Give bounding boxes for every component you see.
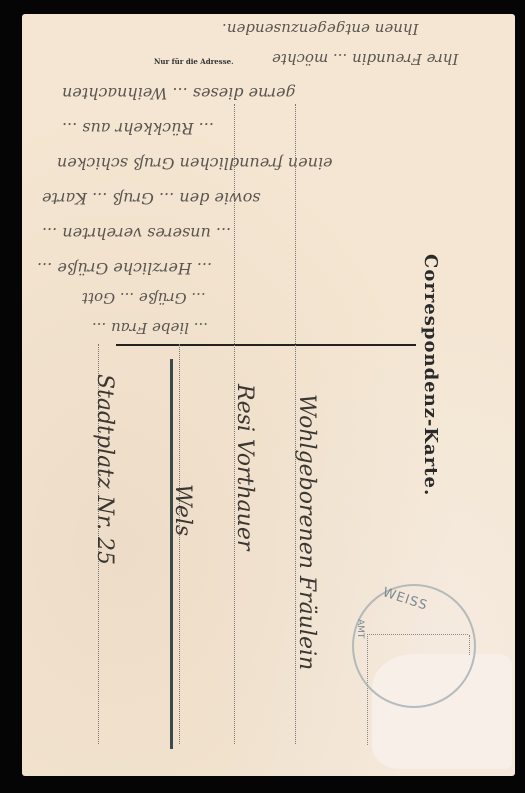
message-line: ... Herzliche Grüße ... <box>37 259 212 278</box>
message-line: ... Rückkehr aus ... <box>62 119 214 138</box>
postcard: Nur für die Adresse. Ihnen entgegenzusen… <box>22 14 515 776</box>
message-line: ... Grüße ... Gott <box>82 289 206 307</box>
message-line: sowie den ... Gruß ... Karte <box>42 189 261 208</box>
message-line: ... liebe Frau ... <box>92 319 208 337</box>
message-line: ... unseres verehrten ... <box>42 224 231 243</box>
postmark-side-text: AMT <box>355 619 365 638</box>
postcard-title: Correspondenz-Karte. <box>420 254 441 496</box>
address-dotted-line <box>179 344 180 744</box>
address-line-1: Wohlgeborenen Fräulein <box>294 394 319 670</box>
address-line-3: Wels <box>170 484 195 536</box>
address-line-4: Stadtplatz Nr. 25 <box>92 374 117 565</box>
address-only-label: Nur für die Adresse. <box>154 57 234 66</box>
message-line: einen freundlichen Gruß schicken <box>57 154 333 173</box>
message-line: Ihre Freundin ... möchte <box>272 50 458 68</box>
divider-line <box>116 344 416 346</box>
message-line: Ihnen entgegenzusenden. <box>222 20 418 38</box>
divider-bar <box>170 359 173 749</box>
message-line: gerne dieses ... Weihnachten <box>62 84 296 103</box>
address-line-2: Resi Vorthauer <box>232 384 257 550</box>
